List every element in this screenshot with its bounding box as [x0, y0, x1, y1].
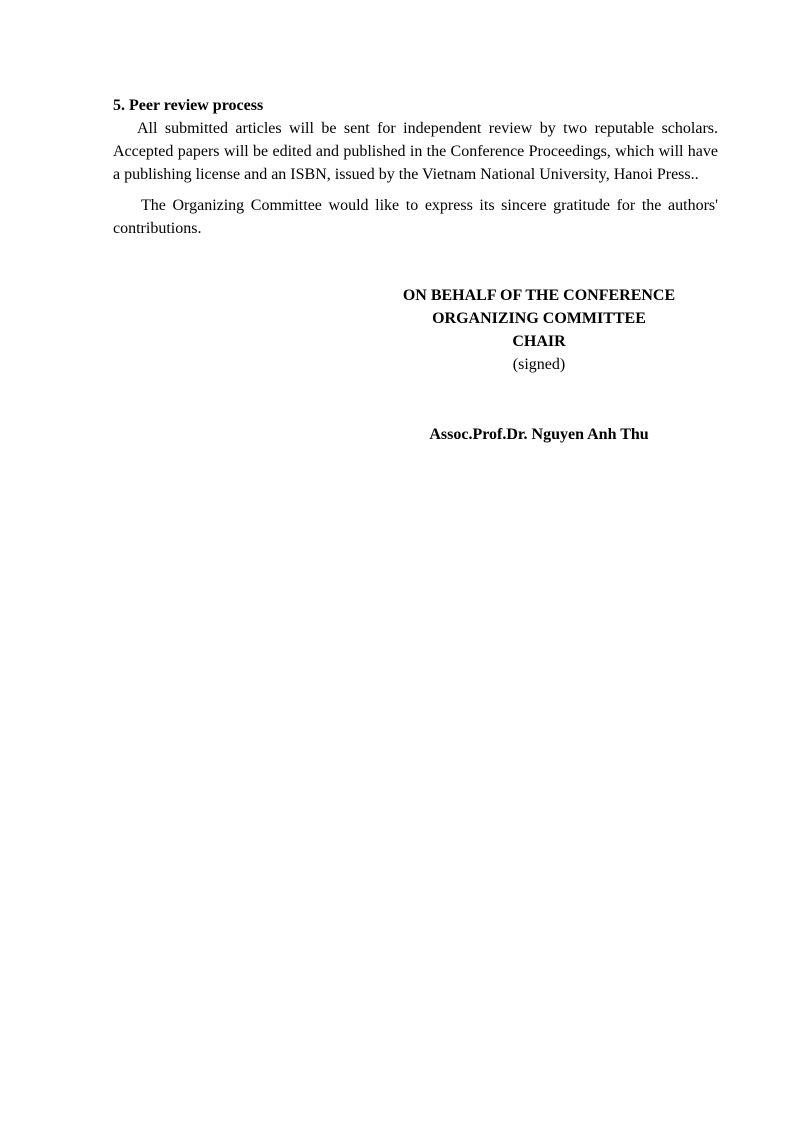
signature-title: CHAIR [384, 330, 694, 353]
review-paragraph: All submitted articles will be sent for … [113, 117, 718, 186]
signatory-name: Assoc.Prof.Dr. Nguyen Anh Thu [384, 423, 694, 446]
signed-status: (signed) [384, 353, 694, 376]
signature-block: ON BEHALF OF THE CONFERENCE ORGANIZING C… [384, 284, 694, 446]
section-heading: 5. Peer review process [113, 94, 718, 117]
gratitude-paragraph: The Organizing Committee would like to e… [113, 194, 718, 240]
signature-line-2: ORGANIZING COMMITTEE [384, 307, 694, 330]
document-body: 5. Peer review process All submitted art… [113, 94, 718, 240]
signature-line-1: ON BEHALF OF THE CONFERENCE [384, 284, 694, 307]
